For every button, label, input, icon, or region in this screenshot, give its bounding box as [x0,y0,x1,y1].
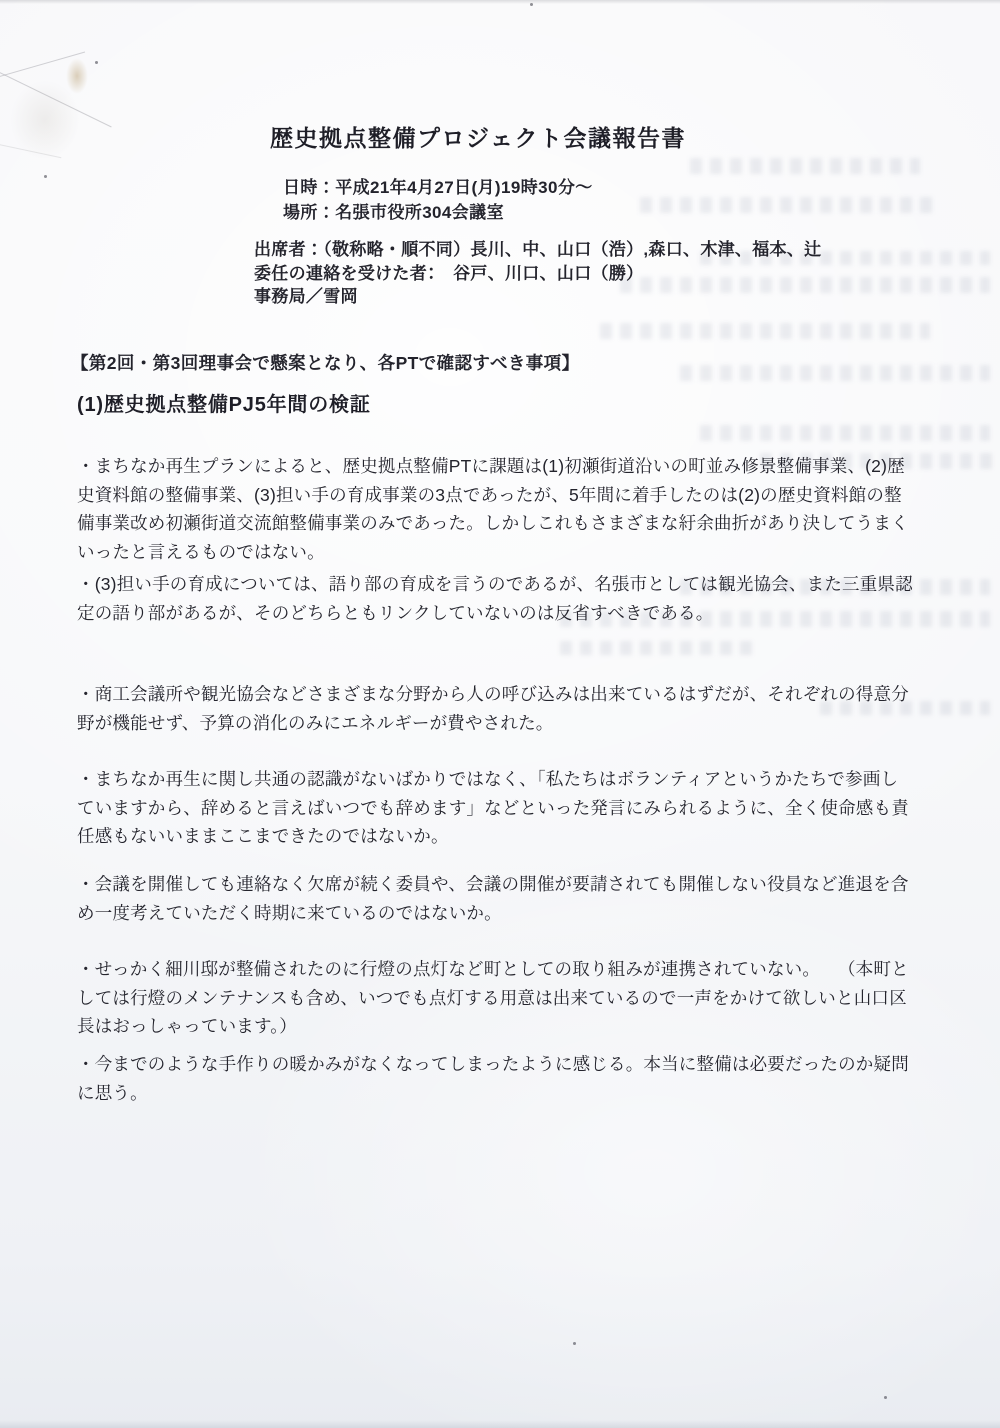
bleedthrough-ghost [700,425,990,441]
paper-speck [573,1342,576,1345]
paper-speck [884,1396,887,1399]
paper-stain [66,58,88,94]
bleedthrough-ghost [560,641,760,655]
meeting-location: 場所：名張市役所304会議室 [283,200,593,225]
participants: 出席者：（敬称略・順不同）長川、中、山口（浩）,森口、木津、福本、辻 委任の連絡… [254,238,821,309]
bleedthrough-ghost [640,197,940,213]
section-1-heading: (1)歴史拠点整備PJ5年間の検証 [77,388,371,417]
attendees-line: 出席者：（敬称略・順不同）長川、中、山口（浩）,森口、木津、福本、辻 [254,238,821,262]
bottom-edge-shade [0,1420,1000,1428]
proxy-line: 委任の連絡を受けた者： 谷戸、川口、山口（勝） [254,262,821,286]
paper-speck [95,61,98,64]
paper-speck [530,3,533,6]
bleedthrough-ghost [680,365,990,381]
document-title: 歴史拠点整備プロジェクト会議報告書 [270,120,686,153]
paper-stain [10,80,80,160]
top-edge-shadow [0,0,1000,4]
bullet-paragraph-6: ・せっかく細川邸が整備されたのに行燈の点灯など町としての取り組みが連携されていな… [77,955,913,1041]
scanned-document-page: 歴史拠点整備プロジェクト会議報告書 日時：平成21年4月27日(月)19時30分… [0,0,1000,1428]
bullet-paragraph-1: ・まちなか再生プランによると、歴史拠点整備PTに課題は(1)初瀬街道沿いの町並み… [77,452,913,566]
bullet-paragraph-2: ・(3)担い手の育成については、語り部の育成を言うのであるが、名張市としては観光… [77,570,913,627]
paper-speck [44,175,47,178]
meeting-meta: 日時：平成21年4月27日(月)19時30分～ 場所：名張市役所304会議室 [283,175,593,225]
bleedthrough-ghost [600,323,930,339]
secretariat-line: 事務局／雪岡 [254,285,821,309]
bullet-paragraph-4: ・まちなか再生に関し共通の認識がないばかりではなく、「私たちはボランティアという… [77,765,913,851]
bleedthrough-ghost [690,158,920,174]
agenda-heading: 【第2回・第3回理事会で懸案となり、各PTで確認すべき事項】 [71,350,579,375]
bullet-paragraph-7: ・今までのような手作りの暖かみがなくなってしまったように感じる。本当に整備は必要… [77,1050,913,1107]
bullet-paragraph-3: ・商工会議所や観光協会などさまざまな分野から人の呼び込みは出来ているはずだが、そ… [77,680,913,737]
bullet-paragraph-5: ・会議を開催しても連絡なく欠席が続く委員や、会議の開催が要請されても開催しない役… [77,870,913,927]
meeting-datetime: 日時：平成21年4月27日(月)19時30分～ [283,175,593,200]
